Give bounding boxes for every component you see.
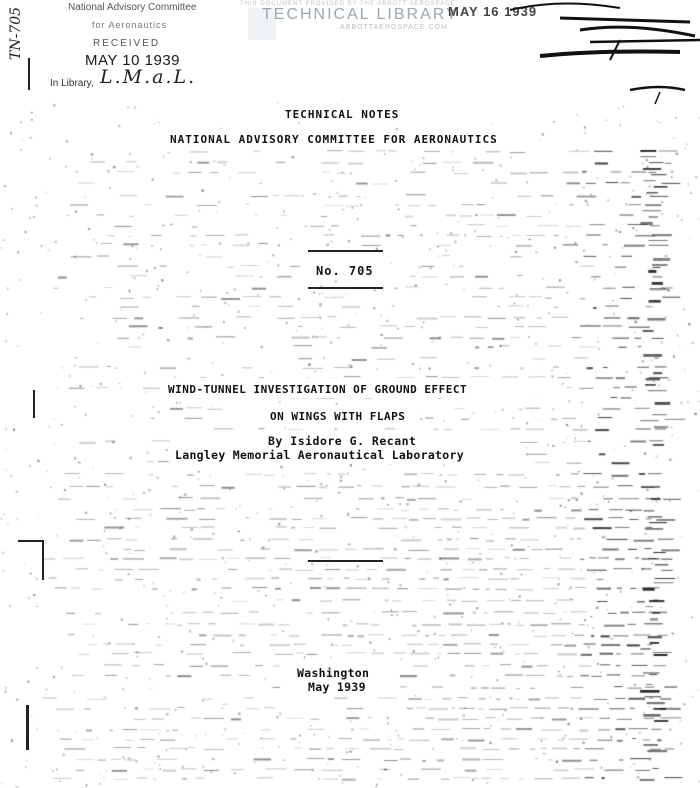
stamp-aeronautics: for Aeronautics: [92, 20, 167, 30]
watermark-url: ABBOTTAEROSPACE.COM: [340, 24, 448, 31]
title-line-2: ON WINGS WITH FLAPS: [270, 410, 405, 423]
margin-mark: [33, 390, 35, 418]
watermark-title: TECHNICAL LIBRARY: [262, 6, 459, 24]
report-number: No. 705: [316, 264, 374, 278]
margin-mark: [26, 705, 29, 750]
stamp-library-initials: L.M.a.L.: [100, 66, 196, 88]
stamp-committee: National Advisory Committee: [68, 2, 196, 13]
divider: [308, 287, 383, 289]
handwritten-scribble-icon: [500, 0, 700, 110]
divider: [308, 560, 383, 562]
margin-mark: [28, 58, 30, 90]
stamp-received: RECEIVED: [93, 38, 160, 49]
title-line-1: WIND-TUNNEL INVESTIGATION OF GROUND EFFE…: [168, 383, 467, 396]
organization-heading: NATIONAL ADVISORY COMMITTEE FOR AERONAUT…: [170, 133, 498, 146]
author: By Isidore G. Recant: [268, 434, 416, 448]
publication-place: Washington: [297, 666, 369, 680]
margin-label: TN-705: [8, 7, 24, 60]
document-page: THIS DOCUMENT PROVIDED BY THE ABBOTT AER…: [0, 0, 700, 788]
series-heading: TECHNICAL NOTES: [285, 108, 399, 121]
margin-mark: [18, 540, 42, 542]
stamp-library-label: In Library,: [50, 78, 94, 89]
affiliation: Langley Memorial Aeronautical Laboratory: [175, 448, 464, 462]
divider: [308, 250, 383, 252]
publication-date: May 1939: [308, 680, 366, 694]
margin-mark: [42, 540, 44, 580]
